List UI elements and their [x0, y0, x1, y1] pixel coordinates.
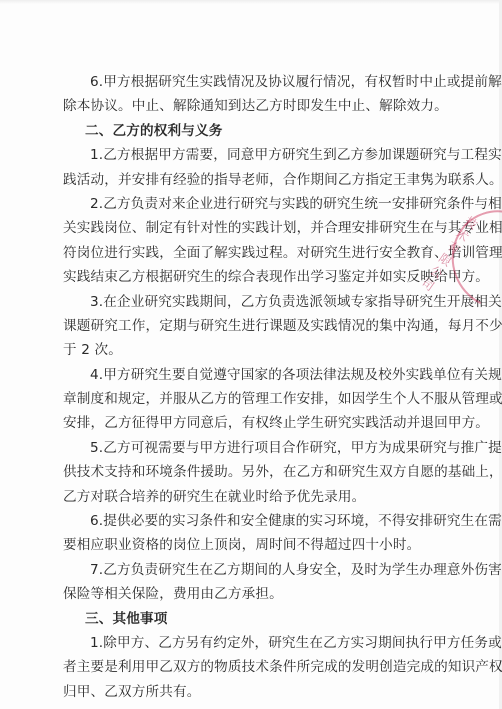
paragraph-line: 者主要是利用甲乙双方的物质技术条件所完成的发明创造完成的知识产权 — [63, 655, 445, 679]
paragraph-line: 乙方对联合培养的研究生在就业时给予优先录用。 — [63, 485, 445, 509]
page-top-edge — [0, 0, 502, 4]
paragraph-line: 6.提供必要的实习条件和安全健康的实习环境，不得安排研究生在需 — [63, 509, 445, 533]
paragraph-line: 1.除甲方、乙方另有约定外，研究生在乙方实习期间执行甲方任务或 — [63, 631, 445, 655]
paragraph-line: 关实践岗位、制定有针对性的实践计划，并合理安排研究生在与其专业相 — [63, 216, 445, 240]
paragraph-line: 供技术支持和环境条件援助。另外，在乙方和研究生双方自愿的基础上， — [63, 460, 445, 484]
paragraph-line: 于 2 次。 — [63, 338, 445, 362]
paragraph-line: 保险等相关保险，费用由乙方承担。 — [63, 582, 445, 606]
section-heading: 三、其他事项 — [63, 607, 445, 631]
paragraph-line: 1.乙方根据甲方需要，同意甲方研究生到乙方参加课题研究与工程实 — [63, 143, 445, 167]
paragraph-line: 2.乙方负责对来企业进行研究与实践的研究生统一安排研究条件与相 — [63, 192, 445, 216]
section-heading: 二、乙方的权利与义务 — [63, 119, 445, 143]
paragraph-line: 7.乙方负责研究生在乙方期间的人身安全，及时为学生办理意外伤害 — [63, 558, 445, 582]
paragraph-line: 4.甲方研究生要自觉遵守国家的各项法律法规及校外实践单位有关规 — [63, 363, 445, 387]
paragraph-line: 实践结束乙方根据研究生的综合表现作出学习鉴定并如实反映给甲方。 — [63, 265, 445, 289]
paragraph-line: 符岗位进行实践，全面了解实践过程。对研究生进行安全教育、培训管理， — [63, 241, 445, 265]
paragraph-line: 安排，乙方征得甲方同意后，有权终止学生研究实践活动并退回甲方。 — [63, 411, 445, 435]
paragraph-line: 除本协议。中止、解除通知到达乙方时即发生中止、解除效力。 — [63, 94, 445, 118]
paragraph-line: 6.甲方根据研究生实践情况及协议履行情况，有权暂时中止或提前解 — [63, 70, 445, 94]
paragraph-line: 5.乙方可视需要与甲方进行项目合作研究，甲方为成果研究与推广提 — [63, 436, 445, 460]
paragraph-line: 践活动，并安排有经验的指导老师，合作期间乙方指定王聿隽为联系人。 — [63, 168, 445, 192]
paragraph-line: 归甲、乙双方所共有。 — [63, 680, 445, 704]
paragraph-line: 课题研究工作，定期与研究生进行课题及实践情况的集中沟通，每月不少 — [63, 314, 445, 338]
document-body: 6.甲方根据研究生实践情况及协议履行情况，有权暂时中止或提前解 除本协议。中止、… — [63, 70, 445, 704]
paragraph-line: 章制度和规定，并服从乙方的管理工作安排，如因学生个人不服从管理或 — [63, 387, 445, 411]
paragraph-line: 要相应职业资格的岗位上顶岗，周时间不得超过四十小时。 — [63, 533, 445, 557]
paragraph-line: 3.在企业研究实践期间，乙方负责选派领域专家指导研究生开展相关 — [63, 290, 445, 314]
